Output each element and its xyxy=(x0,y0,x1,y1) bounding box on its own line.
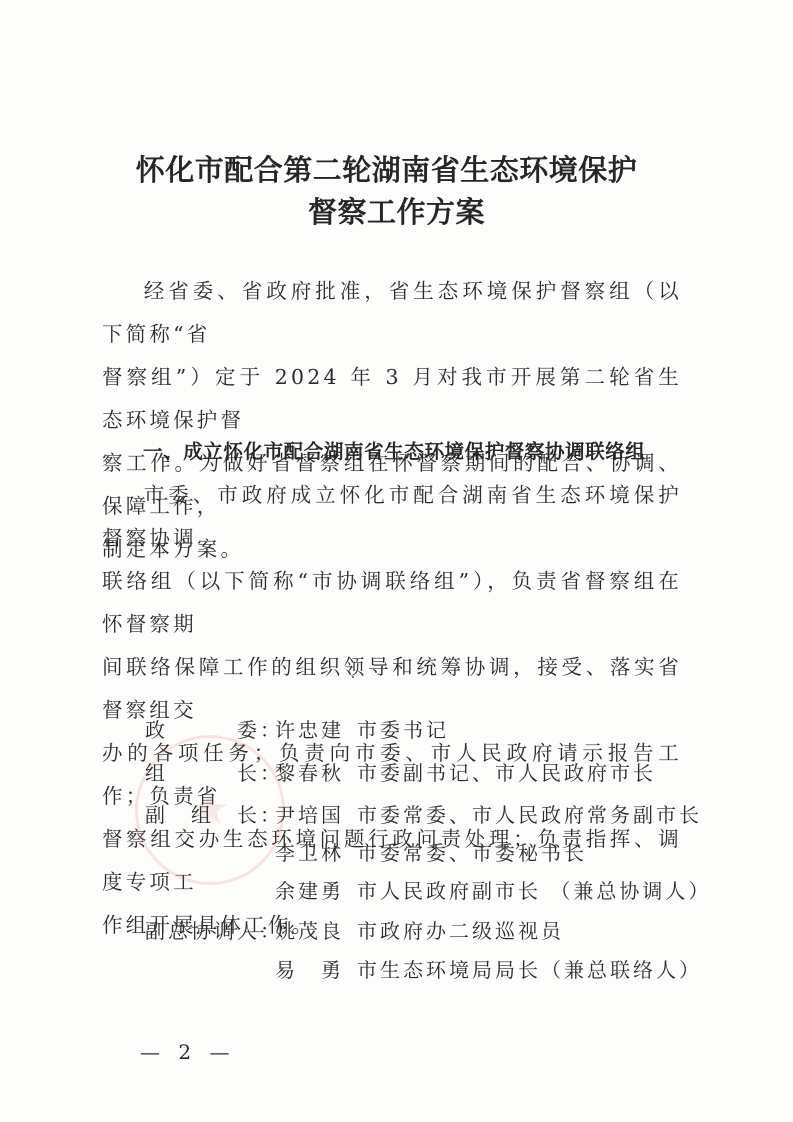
member-duty: 市政府办二级巡视员 xyxy=(357,916,564,946)
member-name: 黎春秋 xyxy=(275,758,344,788)
member-name: 易 勇 xyxy=(275,955,344,985)
document-page: 怀化市配合第二轮湖南省生态环境保护 督察工作方案 经省委、省政府批准，省生态环境… xyxy=(0,0,793,1122)
document-title-line-1: 怀化市配合第二轮湖南省生态环境保护 xyxy=(0,150,783,190)
member-duty: 市委常委、市人民政府常务副市长 xyxy=(357,800,702,830)
scan-speck xyxy=(352,676,354,678)
section-1-line-2: 联络组（以下简称“市协调联络组”），负责省督察组在怀督察期 xyxy=(102,560,682,646)
member-name: 姚茂良 xyxy=(275,916,344,946)
member-name: 尹培国 xyxy=(275,800,344,830)
member-duty: 市人民政府副市长 （兼总协调人） xyxy=(357,876,711,906)
intro-line-1: 经省委、省政府批准，省生态环境保护督察组（以下简称“省 xyxy=(102,270,682,356)
member-duty: 市委书记 xyxy=(357,715,449,745)
member-role: 副总协调人： xyxy=(145,916,283,946)
document-title-line-2: 督察工作方案 xyxy=(0,192,793,232)
page-number: — 2 — xyxy=(140,1040,235,1064)
section-1-heading: 一、成立怀化市配合湖南省生态环境保护督察协调联络组 xyxy=(143,432,646,472)
member-role: 政 委： xyxy=(145,715,283,745)
section-1-line-1: 市委、市政府成立怀化市配合湖南省生态环境保护督察协调 xyxy=(102,474,682,560)
member-name: 李卫林 xyxy=(275,838,344,868)
member-role: 组 长： xyxy=(145,758,283,788)
intro-line-2: 督察组”）定于 2024 年 3 月对我市开展第二轮省生态环境保护督 xyxy=(102,356,682,442)
member-duty: 市生态环境局局长（兼总联络人） xyxy=(357,955,702,985)
member-role: 副 组 长： xyxy=(145,800,283,830)
member-name: 余建勇 xyxy=(275,876,344,906)
member-duty: 市委副书记、市人民政府市长 xyxy=(357,758,656,788)
member-duty: 市委常委、市委秘书长 xyxy=(357,838,587,868)
member-name: 许忠建 xyxy=(275,715,344,745)
